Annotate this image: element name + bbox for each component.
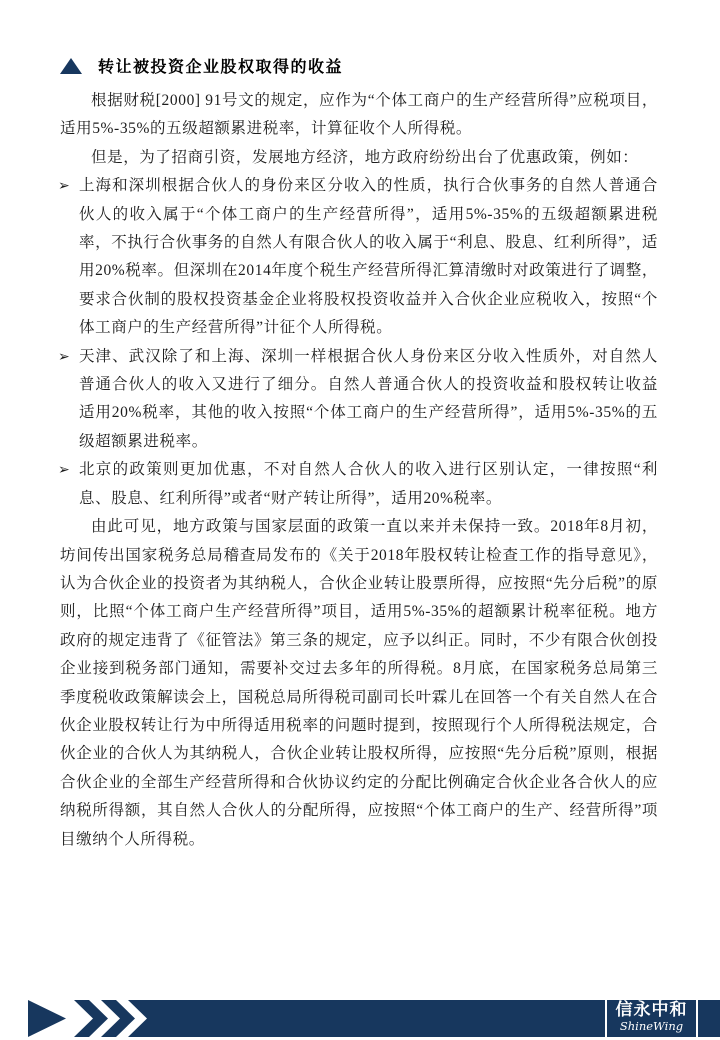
bullet-text: 北京的政策则更加优惠，不对自然人合伙人的收入进行区别认定，一律按照“利息、股息、… — [79, 461, 658, 506]
intro-paragraph-2: 但是，为了招商引资，发展地方经济，地方政府纷纷出台了优惠政策，例如： — [60, 144, 658, 172]
arrowhead-bullet-icon: ➢ — [58, 172, 70, 200]
heading-section: 转让被投资企业股权取得的收益 — [60, 54, 658, 77]
document-page: 转让被投资企业股权取得的收益 根据财税[2000] 91号文的规定，应作为“个体… — [0, 0, 720, 1040]
footer-bar: 信永中和 ShineWing — [0, 1000, 720, 1037]
content-area: 转让被投资企业股权取得的收益 根据财税[2000] 91号文的规定，应作为“个体… — [60, 54, 658, 854]
bullet-text: 上海和深圳根据合伙人的身份来区分收入的性质，执行合伙事务的自然人普通合伙人的收入… — [79, 177, 658, 336]
logo-english-text: ShineWing — [607, 1020, 696, 1033]
arrowhead-bullet-icon: ➢ — [58, 343, 70, 371]
bullet-text: 天津、武汉除了和上海、深圳一样根据合伙人身份来区分收入性质外，对自然人普通合伙人… — [79, 348, 658, 450]
triangle-bullet-icon — [60, 58, 82, 74]
intro-paragraph-1: 根据财税[2000] 91号文的规定，应作为“个体工商户的生产经营所得”应税项目… — [60, 87, 658, 144]
shinewing-logo: 信永中和 ShineWing — [605, 1000, 698, 1037]
arrowhead-bullet-icon: ➢ — [58, 456, 70, 484]
bullet-item-tianjin-wuhan: ➢ 天津、武汉除了和上海、深圳一样根据合伙人身份来区分收入性质外，对自然人普通合… — [60, 343, 658, 457]
bullet-list: ➢ 上海和深圳根据合伙人的身份来区分收入的性质，执行合伙事务的自然人普通合伙人的… — [60, 172, 658, 513]
bullet-item-beijing: ➢ 北京的政策则更加优惠，不对自然人合伙人的收入进行区别认定，一律按照“利息、股… — [60, 456, 658, 513]
bullet-item-shanghai-shenzhen: ➢ 上海和深圳根据合伙人的身份来区分收入的性质，执行合伙事务的自然人普通合伙人的… — [60, 172, 658, 342]
logo-chinese-text: 信永中和 — [607, 1000, 696, 1020]
page-title: 转让被投资企业股权取得的收益 — [98, 54, 343, 77]
closing-paragraph: 由此可见，地方政策与国家层面的政策一直以来并未保持一致。2018年8月初，坊间传… — [60, 513, 658, 854]
